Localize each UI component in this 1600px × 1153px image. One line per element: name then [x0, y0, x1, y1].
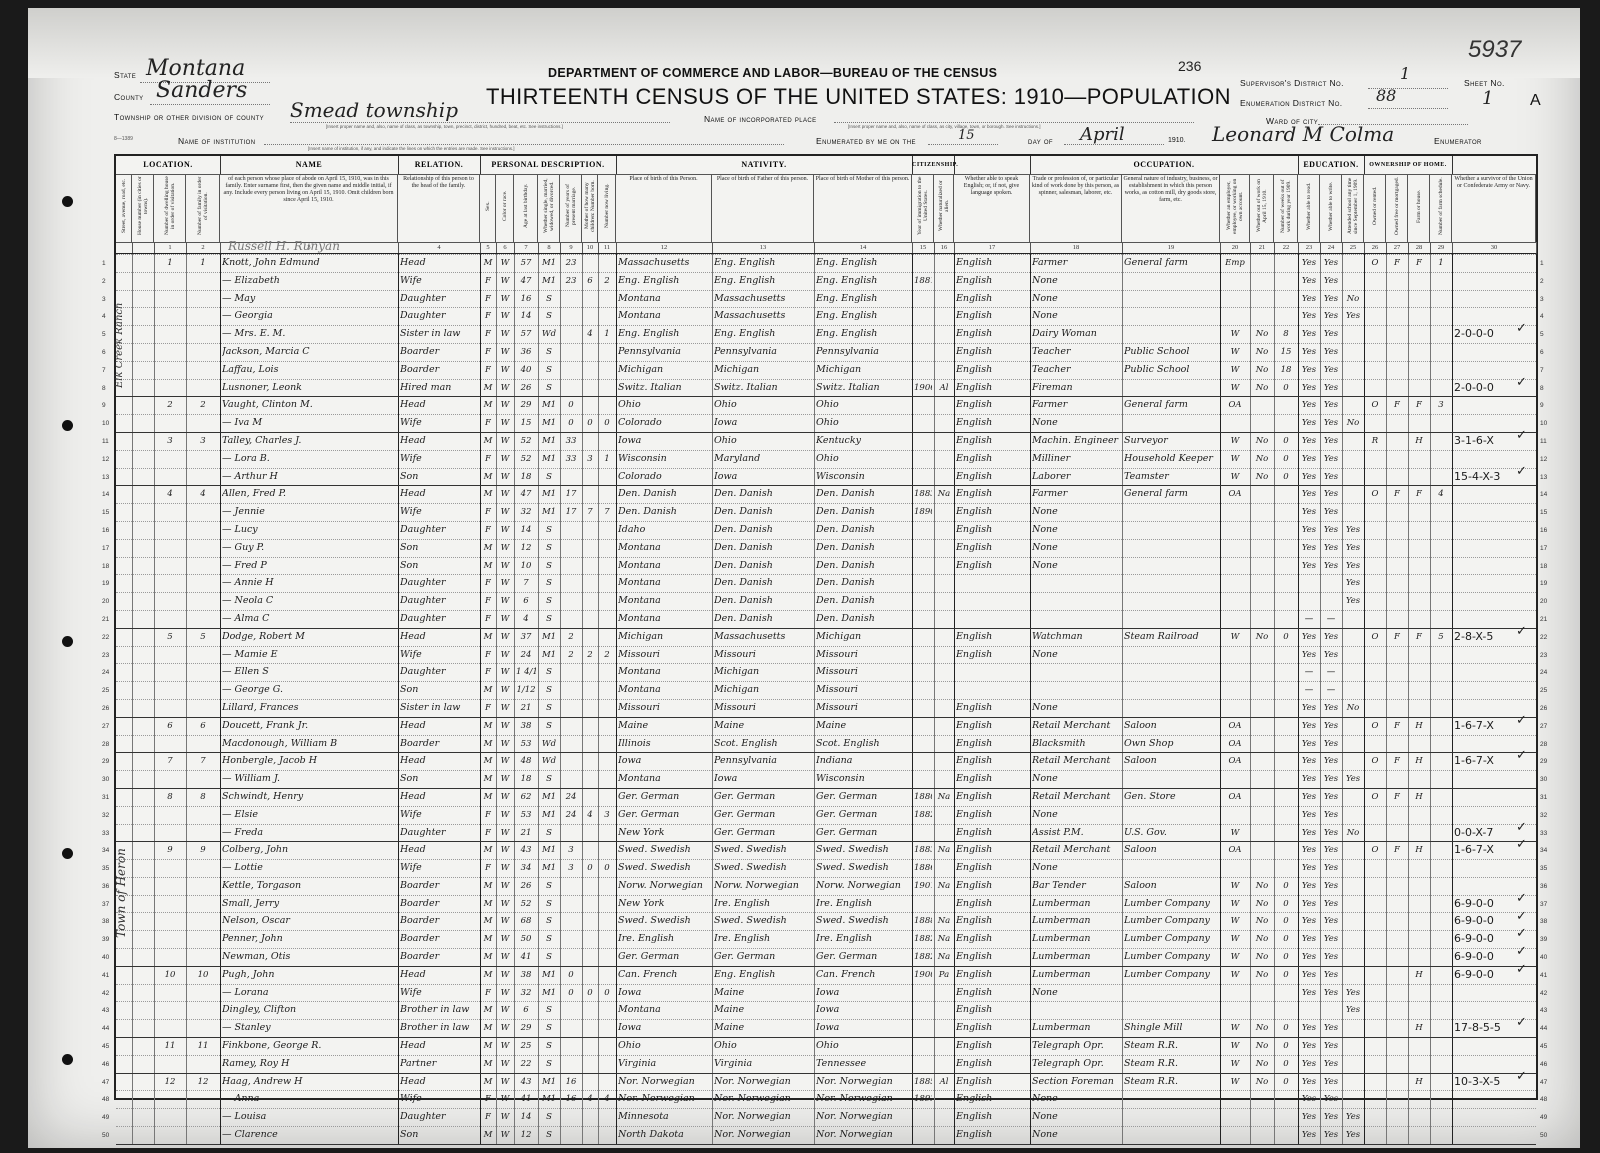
cell-emp: W: [1222, 469, 1248, 486]
cell-pob: Ger. German: [618, 949, 710, 966]
cell-name: Allen, Fred P.: [222, 486, 396, 503]
cell-emp: W: [1222, 1074, 1248, 1091]
cell-name: — Annie H: [222, 575, 396, 592]
cell-ind: Steam R.R.: [1124, 1056, 1218, 1073]
line-number: 46: [1540, 1061, 1547, 1068]
cell-name: — Anna: [222, 1091, 396, 1108]
cell-name: — Guy P.: [222, 540, 396, 557]
cell-read: —: [1300, 682, 1318, 699]
cell-name: Small, Jerry: [222, 896, 396, 913]
cell-wks: 0: [1276, 380, 1296, 397]
column-number: [116, 242, 133, 254]
cell-write: Yes: [1322, 273, 1340, 290]
cell-write: Yes: [1322, 362, 1340, 379]
cell-out: No: [1252, 878, 1272, 895]
table-row: — Alma CDaughterFW4SMontanaDen. DanishDe…: [116, 611, 1536, 629]
cell-ms: S: [540, 825, 558, 842]
cell-sex: F: [482, 308, 494, 325]
cell-imm: 1883: [914, 486, 932, 503]
line-number: 6: [1540, 349, 1544, 356]
cell-read: Yes: [1300, 255, 1318, 272]
cell-sch: No: [1344, 825, 1362, 842]
cell-read: Yes: [1300, 380, 1318, 397]
cell-pob: Den. Danish: [618, 504, 710, 521]
cell-sex: F: [482, 326, 494, 343]
corner-number: 5937: [1468, 36, 1521, 64]
line-number: 1: [102, 260, 106, 267]
cell-emp: W: [1222, 362, 1248, 379]
table-row: 22Vaught, Clinton M.HeadMW29M10OhioOhioO…: [116, 397, 1536, 415]
cell-trade: None: [1032, 771, 1120, 788]
cell-ind: Lumber Company: [1124, 967, 1218, 984]
cell-pob: North Dakota: [618, 1127, 710, 1144]
table-row: 1010Pugh, JohnHeadMW38M10Can. FrenchEng.…: [116, 967, 1536, 985]
cell-mpob: Ohio: [816, 397, 910, 414]
line-number: 38: [102, 918, 109, 925]
cell-fpob: Ohio: [714, 433, 812, 450]
cell-fpob: Iowa: [714, 771, 812, 788]
cell-dw: 7: [156, 753, 184, 770]
line-number: 16: [1540, 527, 1547, 534]
line-number: 14: [102, 491, 109, 498]
cell-rel: Head: [400, 486, 478, 503]
cell-pob: Ohio: [618, 397, 710, 414]
cell-out: No: [1252, 451, 1272, 468]
cell-ms: S: [540, 593, 558, 610]
cell-emp: W: [1222, 380, 1248, 397]
table-row: — Mrs. E. M.Sister in lawFW57Wd41Eng. En…: [116, 326, 1536, 344]
column-number: 14: [814, 242, 913, 254]
cell-nat: Al: [936, 380, 952, 397]
cell-lang: English: [956, 255, 1028, 272]
cell-age: 14: [516, 1109, 536, 1126]
table-row: Kettle, TorgasonBoarderMW26SNorw. Norweg…: [116, 878, 1536, 896]
cell-ms: M1: [540, 273, 558, 290]
cell-trade: None: [1032, 985, 1120, 1002]
cell-sch: Yes: [1344, 540, 1362, 557]
cell-ms: S: [540, 308, 558, 325]
cell-yrs: 0: [562, 967, 580, 984]
cell-yrs: 24: [562, 807, 580, 824]
line-number: 36: [1540, 883, 1547, 890]
table-row: Ramey, Roy HPartnerMW22SVirginiaVirginia…: [116, 1056, 1536, 1074]
line-number: 44: [102, 1025, 109, 1032]
cell-lang: English: [956, 433, 1028, 450]
cell-age: 21: [516, 825, 536, 842]
cell-fpob: Scot. English: [714, 736, 812, 753]
cell-sex: F: [482, 593, 494, 610]
cell-ms: M1: [540, 860, 558, 877]
table-row: 33Talley, Charles J.HeadMW52M133IowaOhio…: [116, 433, 1536, 451]
column-header: Whether out of work on April 15, 1910.: [1250, 174, 1274, 242]
cell-fpob: Ger. German: [714, 949, 812, 966]
cell-fpob: Virginia: [714, 1056, 812, 1073]
cell-dw: 6: [156, 718, 184, 735]
cell-name: — Elsie: [222, 807, 396, 824]
census-rows: Russell H. Runyan11Knott, John EdmundHea…: [116, 254, 1536, 1145]
cell-nat: Na: [936, 949, 952, 966]
cell-nat: Na: [936, 931, 952, 948]
cell-dw: 10: [156, 967, 184, 984]
cell-age: 38: [516, 718, 536, 735]
cell-yrs: 16: [562, 1091, 580, 1108]
cell-trade: Farmer: [1032, 486, 1120, 503]
cell-nat: Al: [936, 1074, 952, 1091]
cell-pob: Can. French: [618, 967, 710, 984]
cell-age: 52: [516, 451, 536, 468]
cell-ms: S: [540, 682, 558, 699]
cell-mpob: Missouri: [816, 647, 910, 664]
column-header: Number of family in order of visitation.: [186, 174, 220, 242]
cell-race: W: [498, 878, 512, 895]
line-number: 5: [1540, 331, 1544, 338]
cell-fpob: Swed. Swedish: [714, 860, 812, 877]
cell-ms: Wd: [540, 753, 558, 770]
column-header: House number (in cities or towns).: [132, 174, 154, 242]
cell-fpob: Den. Danish: [714, 611, 812, 628]
cell-mpob: Maine: [816, 718, 910, 735]
cell-lang: English: [956, 326, 1028, 343]
line-number: 33: [1540, 830, 1547, 837]
cell-fpob: Den. Danish: [714, 558, 812, 575]
cell-sex: F: [482, 1091, 494, 1108]
cell-name: — Lora B.: [222, 451, 396, 468]
cell-out: No: [1252, 1074, 1272, 1091]
cell-dw: 5: [156, 629, 184, 646]
cell-rel: Daughter: [400, 291, 478, 308]
cell-pob: Nor. Norwegian: [618, 1074, 710, 1091]
enumerated-label: Enumerated by me on the: [816, 136, 916, 146]
cell-rel: Partner: [400, 1056, 478, 1073]
cell-lang: English: [956, 344, 1028, 361]
cell-name: Laffau, Lois: [222, 362, 396, 379]
cell-sex: M: [482, 736, 494, 753]
cell-living: 3: [600, 807, 614, 824]
cell-emp: W: [1222, 1020, 1248, 1037]
cell-rel: Head: [400, 842, 478, 859]
cell-name: — Ellen S: [222, 664, 396, 681]
cell-age: 14: [516, 522, 536, 539]
check-mark-icon: ✓: [1516, 820, 1527, 835]
column-number: 18: [1030, 242, 1123, 254]
cell-sex: M: [482, 1056, 494, 1073]
cell-wks: 0: [1276, 931, 1296, 948]
cell-pob: Montana: [618, 771, 710, 788]
cell-emp: W: [1222, 326, 1248, 343]
cell-sex: F: [482, 700, 494, 717]
cell-write: Yes: [1322, 433, 1340, 450]
cell-wks: 0: [1276, 1020, 1296, 1037]
line-number: 46: [102, 1061, 109, 1068]
cell-born: 0: [584, 415, 596, 432]
cell-lang: English: [956, 397, 1028, 414]
cell-free: F: [1388, 255, 1406, 272]
cell-race: W: [498, 380, 512, 397]
check-mark-icon: ✓: [1516, 962, 1527, 977]
line-number: 26: [1540, 705, 1547, 712]
cell-fpob: Eng. English: [714, 326, 812, 343]
cell-born: 2: [584, 647, 596, 664]
cell-pob: Montana: [618, 611, 710, 628]
cell-mpob: Eng. English: [816, 308, 910, 325]
line-number: 38: [1540, 918, 1547, 925]
cell-sched: 4: [1432, 486, 1450, 503]
cell-sex: M: [482, 949, 494, 966]
cell-lang: English: [956, 486, 1028, 503]
check-mark-icon: ✓: [1516, 926, 1527, 941]
cell-write: Yes: [1322, 878, 1340, 895]
cell-fpob: Nor. Norwegian: [714, 1091, 812, 1108]
cell-rel: Head: [400, 753, 478, 770]
group-citizenship: CITIZENSHIP.: [912, 156, 955, 175]
check-mark-icon: ✓: [1516, 1069, 1527, 1084]
cell-free: F: [1388, 789, 1406, 806]
cell-pob: Michigan: [618, 362, 710, 379]
cell-age: 22: [516, 1056, 536, 1073]
line-number: 41: [1540, 972, 1547, 979]
cell-pob: Swed. Swedish: [618, 842, 710, 859]
county-label: County: [114, 92, 144, 102]
line-number: 8: [1540, 385, 1544, 392]
cell-name: — Lottie: [222, 860, 396, 877]
line-number: 24: [102, 669, 109, 676]
cell-imm: 1882: [914, 807, 932, 824]
cell-fam: 7: [188, 753, 218, 770]
cell-trade: None: [1032, 1127, 1120, 1144]
cell-fpob: Maryland: [714, 451, 812, 468]
cell-rel: Sister in law: [400, 326, 478, 343]
cell-born: 4: [584, 326, 596, 343]
column-number: 25: [1342, 242, 1365, 254]
cell-read: Yes: [1300, 949, 1318, 966]
line-number: 21: [102, 616, 109, 623]
cell-read: Yes: [1300, 291, 1318, 308]
column-number: 10: [582, 242, 599, 254]
cell-race: W: [498, 486, 512, 503]
cell-mpob: Iowa: [816, 1002, 910, 1019]
cell-yrs: 3: [562, 842, 580, 859]
cell-ms: S: [540, 558, 558, 575]
line-number: 50: [102, 1132, 109, 1139]
cell-trade: Assist P.M.: [1032, 825, 1120, 842]
line-number: 10: [102, 420, 109, 427]
table-row: — MayDaughterFW16SMontanaMassachusettsEn…: [116, 291, 1536, 309]
column-header: Whether a survivor of the Union or Confe…: [1452, 174, 1536, 242]
cell-sex: M: [482, 255, 494, 272]
cell-fam: 4: [188, 486, 218, 503]
cell-name: — George G.: [222, 682, 396, 699]
table-row: Penner, JohnBoarderMW50SIre. EnglishIre.…: [116, 931, 1536, 949]
table-row: — George G.SonMW1/12SMontanaMichiganMiss…: [116, 682, 1536, 700]
cell-read: Yes: [1300, 273, 1318, 290]
cell-read: Yes: [1300, 753, 1318, 770]
column-header: Mother of how many children: Number born…: [582, 174, 598, 242]
column-header: Sex.: [480, 174, 496, 242]
check-mark-icon: ✓: [1516, 375, 1527, 390]
cell-ms: M1: [540, 1091, 558, 1108]
cell-mpob: Tennessee: [816, 1056, 910, 1073]
cell-sched: 1: [1432, 255, 1450, 272]
cell-write: Yes: [1322, 736, 1340, 753]
enumeration-district-value: 88: [1376, 86, 1396, 105]
cell-trade: Telegraph Opr.: [1032, 1056, 1120, 1073]
incorporated-place-label: Name of incorporated place: [704, 114, 817, 124]
cell-sex: M: [482, 1074, 494, 1091]
cell-age: 40: [516, 362, 536, 379]
cell-lang: English: [956, 771, 1028, 788]
cell-age: 57: [516, 255, 536, 272]
line-number: 48: [1540, 1096, 1547, 1103]
check-mark-icon: ✓: [1516, 1015, 1527, 1030]
cell-rel: Wife: [400, 647, 478, 664]
cell-ms: M1: [540, 397, 558, 414]
cell-farm: H: [1410, 433, 1428, 450]
cell-race: W: [498, 611, 512, 628]
cell-emp: W: [1222, 949, 1248, 966]
table-row: — Neola CDaughterFW6SMontanaDen. DanishD…: [116, 593, 1536, 611]
cell-emp: OA: [1222, 789, 1248, 806]
cell-mpob: Norw. Norwegian: [816, 878, 910, 895]
cell-lang: English: [956, 647, 1028, 664]
column-header: Attended school any time since September…: [1342, 174, 1364, 242]
cell-trade: Bar Tender: [1032, 878, 1120, 895]
cell-trade: Blacksmith: [1032, 736, 1120, 753]
cell-dw: 9: [156, 842, 184, 859]
cell-write: Yes: [1322, 629, 1340, 646]
table-row: — Arthur HSonMW18SColoradoIowaWisconsinE…: [116, 469, 1536, 487]
cell-trade: Dairy Woman: [1032, 326, 1120, 343]
cell-pob: Iowa: [618, 433, 710, 450]
cell-fpob: Switz. Italian: [714, 380, 812, 397]
line-number: 3: [1540, 296, 1544, 303]
cell-own: O: [1366, 255, 1384, 272]
cell-own: O: [1366, 486, 1384, 503]
cell-free: F: [1388, 753, 1406, 770]
cell-lang: English: [956, 469, 1028, 486]
cell-mpob: Missouri: [816, 664, 910, 681]
line-number: 17: [102, 545, 109, 552]
cell-lang: English: [956, 736, 1028, 753]
cell-name: — Georgia: [222, 308, 396, 325]
line-number: 12: [102, 456, 109, 463]
column-number: 12: [616, 242, 713, 254]
cell-trade: Machin. Engineer: [1032, 433, 1120, 450]
cell-age: 26: [516, 878, 536, 895]
cell-trade: None: [1032, 1109, 1120, 1126]
cell-pob: Montana: [618, 682, 710, 699]
line-number: 40: [1540, 954, 1547, 961]
cell-out: No: [1252, 967, 1272, 984]
page-title: THIRTEENTH CENSUS OF THE UNITED STATES: …: [486, 84, 1231, 110]
cell-yrs: 0: [562, 397, 580, 414]
cell-write: Yes: [1322, 1056, 1340, 1073]
cell-imm: 1882: [914, 931, 932, 948]
supervisor-district-label: Supervisor's District No.: [1240, 78, 1344, 88]
group-ownership: OWNERSHIP OF HOME.: [1364, 156, 1453, 175]
line-number: 34: [1540, 847, 1547, 854]
cell-race: W: [498, 647, 512, 664]
cell-emp: W: [1222, 344, 1248, 361]
cell-ind: Own Shop: [1124, 736, 1218, 753]
line-number: 11: [102, 438, 109, 445]
cell-race: W: [498, 415, 512, 432]
line-number: 18: [102, 563, 109, 570]
cell-rel: Hired man: [400, 380, 478, 397]
cell-mpob: Wisconsin: [816, 771, 910, 788]
cell-imm: 1880: [914, 789, 932, 806]
cell-pob: Ohio: [618, 1038, 710, 1055]
cell-age: 36: [516, 344, 536, 361]
cell-imm: 1885: [914, 1074, 932, 1091]
cell-emp: W: [1222, 913, 1248, 930]
line-number: 20: [102, 598, 109, 605]
cell-sch: Yes: [1344, 308, 1362, 325]
cell-mpob: Ger. German: [816, 949, 910, 966]
column-header: Whether able to speak English; or, if no…: [954, 174, 1030, 242]
cell-fpob: Missouri: [714, 700, 812, 717]
cell-sched: 5: [1432, 629, 1450, 646]
line-number: 25: [102, 687, 109, 694]
cell-fpob: Pennsylvania: [714, 344, 812, 361]
check-mark-icon: ✓: [1516, 909, 1527, 924]
column-header: Year of immigration to the United States…: [912, 174, 934, 242]
cell-sex: F: [482, 451, 494, 468]
cell-mpob: Missouri: [816, 700, 910, 717]
enumerated-month: April: [1080, 124, 1125, 145]
cell-ms: S: [540, 291, 558, 308]
cell-sex: M: [482, 967, 494, 984]
cell-lang: English: [956, 362, 1028, 379]
cell-ind: Surveyor: [1124, 433, 1218, 450]
cell-fpob: Maine: [714, 1020, 812, 1037]
cell-mpob: Den. Danish: [816, 504, 910, 521]
cell-rel: Son: [400, 1127, 478, 1144]
line-number: 47: [102, 1079, 109, 1086]
cell-write: Yes: [1322, 397, 1340, 414]
cell-ind: Steam R.R.: [1124, 1038, 1218, 1055]
cell-name: — Iva M: [222, 415, 396, 432]
cell-sex: M: [482, 682, 494, 699]
cell-fpob: Den. Danish: [714, 593, 812, 610]
cell-race: W: [498, 1056, 512, 1073]
cell-fpob: Nor. Norwegian: [714, 1127, 812, 1144]
cell-trade: None: [1032, 291, 1120, 308]
cell-lang: English: [956, 753, 1028, 770]
table-row: — GeorgiaDaughterFW14SMontanaMassachuset…: [116, 308, 1536, 326]
cell-age: 21: [516, 700, 536, 717]
cell-age: 41: [516, 949, 536, 966]
cell-yrs: 0: [562, 985, 580, 1002]
cell-mpob: Nor. Norwegian: [816, 1109, 910, 1126]
cell-age: 6: [516, 1002, 536, 1019]
cell-name: — Louisa: [222, 1109, 396, 1126]
cell-sex: M: [482, 1002, 494, 1019]
cell-wks: 0: [1276, 896, 1296, 913]
cell-race: W: [498, 1020, 512, 1037]
cell-fpob: Nor. Norwegian: [714, 1074, 812, 1091]
cell-imm: 1881: [914, 273, 932, 290]
line-number: 8: [102, 385, 106, 392]
cell-write: Yes: [1322, 1127, 1340, 1144]
binder-hole: [62, 1054, 73, 1065]
cell-rel: Daughter: [400, 575, 478, 592]
cell-living: 7: [600, 504, 614, 521]
cell-sch: Yes: [1344, 1002, 1362, 1019]
table-row: — JennieWifeFW32M11777Den. DanishDen. Da…: [116, 504, 1536, 522]
cell-ms: S: [540, 540, 558, 557]
check-mark-icon: ✓: [1516, 713, 1527, 728]
cell-sex: F: [482, 860, 494, 877]
